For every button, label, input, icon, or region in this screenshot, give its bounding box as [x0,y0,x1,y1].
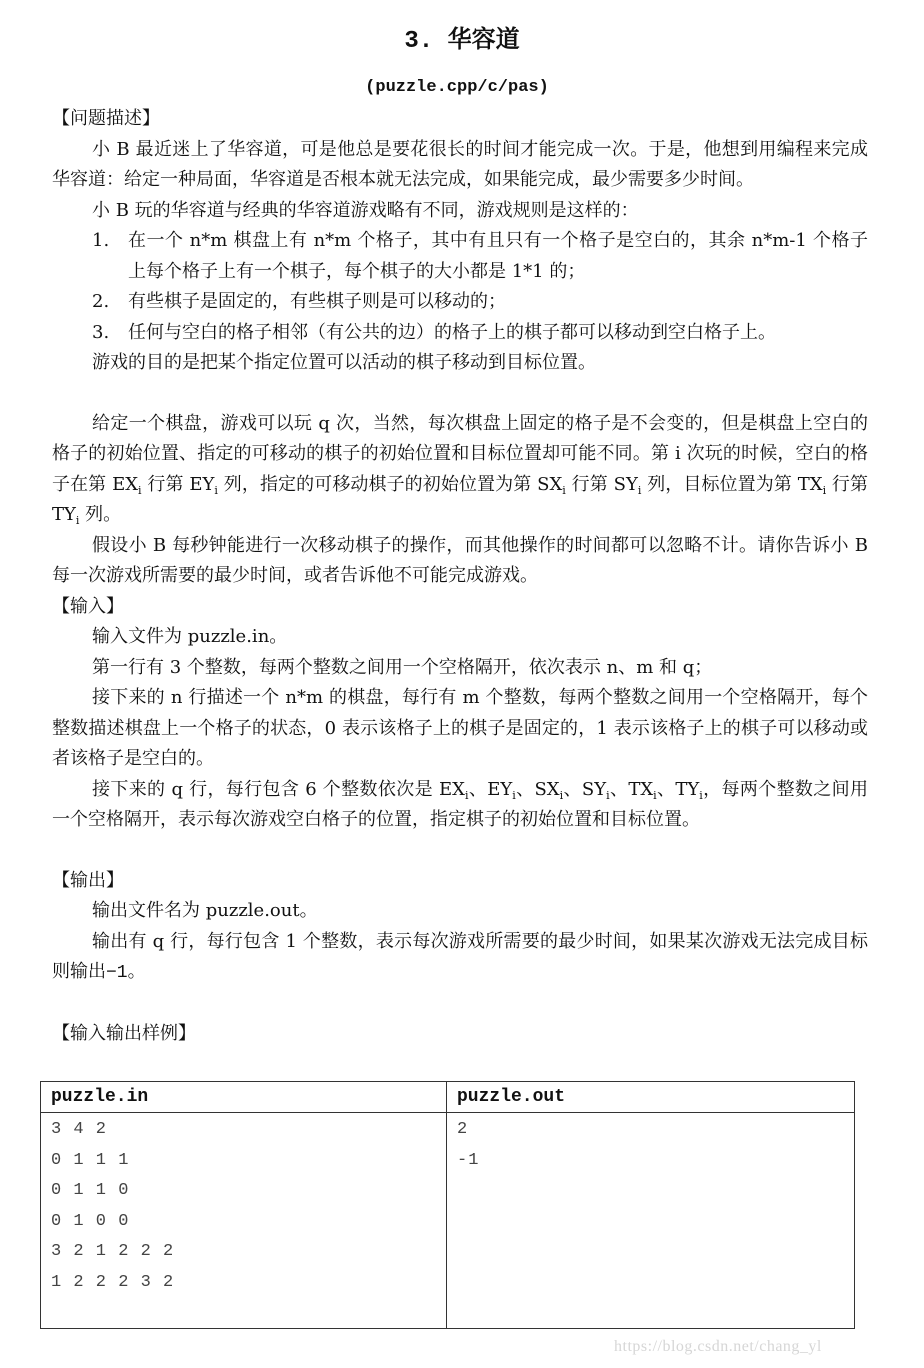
rule-text: 在一个 n*m 棋盘上有 n*m 个格子，其中有且只有一个格子是空白的，其余 n… [128,226,868,287]
rule-text: 有些棋子是固定的，有些棋子则是可以移动的； [128,287,868,318]
rule-item: 3. 任何与空白的格子相邻（有公共的边）的格子上的棋子都可以移动到空白格子上。 [52,318,868,349]
rule-number: 2. [92,287,128,318]
sample-input-line: 1 2 2 2 3 2 [51,1268,436,1299]
rule-number: 1. [92,226,128,287]
section-heading-problem: 【问题描述】 [52,104,868,135]
problem-paragraph-1: 小 B 最近迷上了华容道，可是他总是要花很长的时间才能完成一次。于是，他想到用编… [52,135,868,196]
rule-item: 2. 有些棋子是固定的，有些棋子则是可以移动的； [52,287,868,318]
sample-io-table: puzzle.in puzzle.out 3 4 2 0 1 1 1 0 1 1… [40,1081,855,1329]
sample-input-line: 3 2 1 2 2 2 [51,1237,436,1268]
watermark: https://blog.csdn.net/chang_yl [614,1338,822,1356]
rule-text: 任何与空白的格子相邻（有公共的边）的格子上的棋子都可以移动到空白格子上。 [128,318,868,349]
input-paragraph-3: 接下来的 n 行描述一个 n*m 的棋盘，每行有 m 个整数，每两个整数之间用一… [52,683,868,775]
rule-item: 1. 在一个 n*m 棋盘上有 n*m 个格子，其中有且只有一个格子是空白的，其… [52,226,868,287]
input-paragraph-2: 第一行有 3 个整数，每两个整数之间用一个空格隔开，依次表示 n、m 和 q； [52,653,868,684]
problem-paragraph-2: 小 B 玩的华容道与经典的华容道游戏略有不同，游戏规则是这样的： [52,196,868,227]
input-paragraph-4: 接下来的 q 行，每行包含 6 个整数依次是 EXi、EYi、SXi、SYi、T… [52,775,868,836]
problem-paragraph-3: 游戏的目的是把某个指定位置可以活动的棋子移动到目标位置。 [52,348,868,379]
sample-output-header: puzzle.out [447,1082,855,1113]
section-heading-input: 【输入】 [52,592,868,623]
sample-input-line: 3 4 2 [51,1115,436,1146]
section-heading-output: 【输出】 [52,866,868,897]
output-paragraph-2: 输出有 q 行，每行包含 1 个整数，表示每次游戏所需要的最少时间，如果某次游戏… [52,927,868,989]
input-paragraph-1: 输入文件为 puzzle.in。 [52,622,868,653]
problem-paragraph-4: 给定一个棋盘，游戏可以玩 q 次，当然，每次棋盘上固定的格子是不会变的，但是棋盘… [52,409,868,531]
problem-paragraph-5: 假设小 B 每秒钟能进行一次移动棋子的操作，而其他操作的时间都可以忽略不计。请你… [52,531,868,592]
sample-input-line: 0 1 0 0 [51,1207,436,1238]
sample-output-cell: 2 -1 [447,1113,855,1329]
sample-input-line: 0 1 1 0 [51,1176,436,1207]
rule-number: 3. [92,318,128,349]
sample-input-line: 0 1 1 1 [51,1146,436,1177]
sample-output-line: 2 [457,1115,844,1146]
problem-document: 【问题描述】 小 B 最近迷上了华容道，可是他总是要花很长的时间才能完成一次。于… [52,104,868,1049]
sample-output-line: -1 [457,1146,844,1177]
section-heading-sample: 【输入输出样例】 [52,1019,868,1050]
sample-input-header: puzzle.in [41,1082,447,1113]
sample-input-cell: 3 4 2 0 1 1 1 0 1 1 0 0 1 0 0 3 2 1 2 2 … [41,1113,447,1329]
page-title: 3. 华容道 [0,24,924,60]
output-paragraph-1: 输出文件名为 puzzle.out。 [52,896,868,927]
source-file-names: (puzzle.cpp/c/pas) [0,76,914,100]
